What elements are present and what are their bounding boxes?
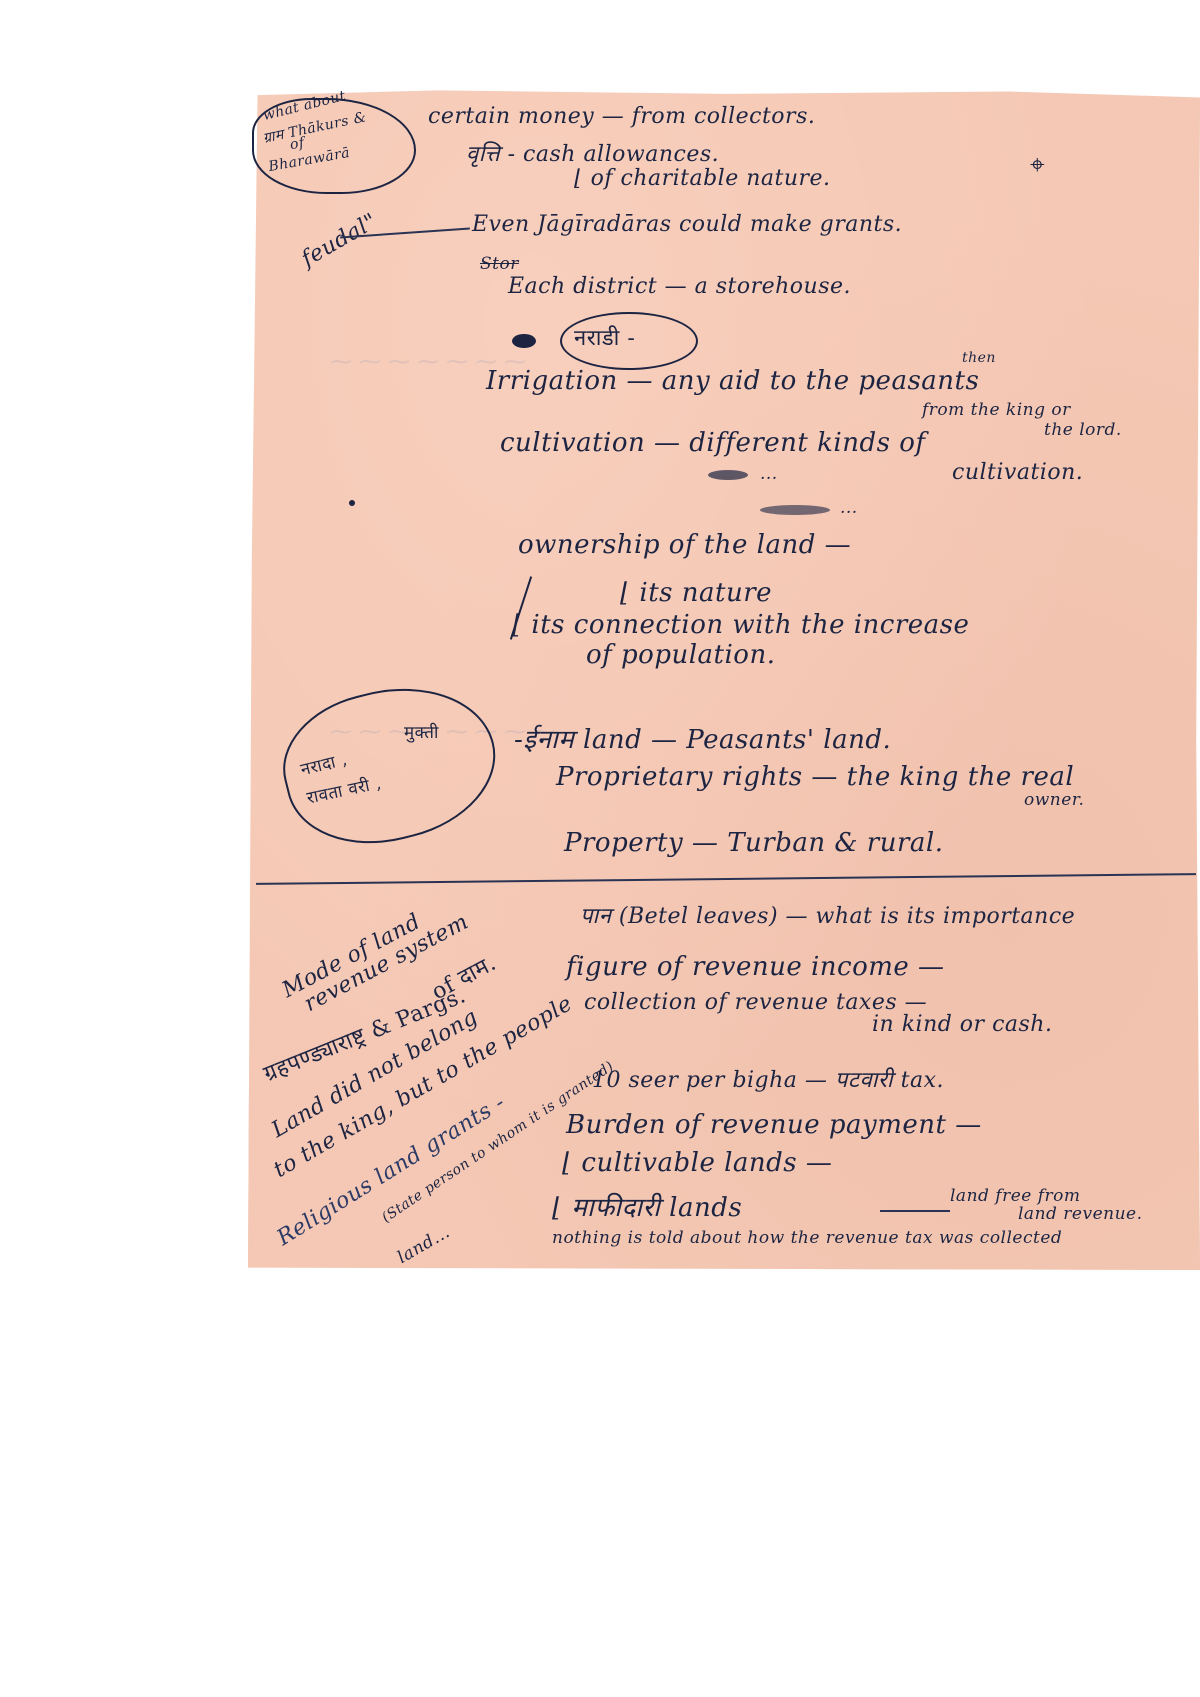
line-cultivation-2: cultivation. bbox=[952, 460, 1083, 485]
line-land-free: land free from bbox=[950, 1186, 1081, 1206]
line-cultivation: cultivation — different kinds of bbox=[500, 428, 925, 458]
line-proprietary: Proprietary rights — the king the real bbox=[556, 762, 1074, 792]
line-population: of population. bbox=[586, 640, 775, 670]
line-inam-land: -ईनाम land — Peasants' land. bbox=[514, 720, 891, 756]
line-nothing-told: nothing is told about how the revenue ta… bbox=[552, 1228, 1062, 1248]
line-cultivable-lands: ⌊ cultivable lands — bbox=[562, 1148, 832, 1178]
superscript-then: then bbox=[962, 350, 996, 366]
line-revenue-income: figure of revenue income — bbox=[566, 952, 945, 982]
line-property: Property — Turban & rural. bbox=[564, 828, 943, 858]
scribble bbox=[708, 470, 748, 480]
line-betel-leaves: पान (Betel leaves) — what is its importa… bbox=[580, 900, 1075, 930]
line-irrigation: Irrigation — any aid to the peasants bbox=[486, 366, 979, 396]
circled-devanagari: नराडी - bbox=[574, 322, 635, 352]
line-its-nature: ⌊ its nature bbox=[620, 578, 772, 608]
ink-dot bbox=[349, 500, 355, 506]
line-owner: owner. bbox=[1024, 790, 1084, 810]
ellipsis-1: ... bbox=[760, 464, 778, 484]
margin-note-mid-1: मुक्ती bbox=[404, 720, 439, 743]
line-mafidari-lands: ⌊ माफीदारी lands bbox=[552, 1188, 742, 1224]
line-jagiradaras: Even Jāgīradāras could make grants. bbox=[472, 212, 902, 237]
arrow-line bbox=[880, 1210, 950, 1212]
line-ownership: ownership of the land — bbox=[518, 530, 851, 560]
line-its-connection: ⌊ its connection with the increase bbox=[512, 610, 969, 640]
line-land-revenue: land revenue. bbox=[1018, 1204, 1143, 1224]
line-burden: Burden of revenue payment — bbox=[566, 1110, 982, 1140]
scribble bbox=[760, 505, 830, 515]
crossed-symbol-icon: ⌖ bbox=[1030, 150, 1045, 181]
line-charitable: ⌊ of charitable nature. bbox=[574, 166, 831, 191]
line-storehouse: Each district — a storehouse. bbox=[508, 274, 851, 299]
line-certain-money: certain money — from collectors. bbox=[428, 104, 815, 129]
line-from-king: from the king or bbox=[922, 400, 1071, 420]
ellipsis-2: ... bbox=[840, 498, 858, 518]
struck-word: Stor bbox=[480, 254, 519, 274]
ink-blot bbox=[512, 334, 536, 348]
line-kind-or-cash: in kind or cash. bbox=[872, 1012, 1052, 1037]
line-seer-per-bigha: 10 seer per bigha — पटवारी tax. bbox=[592, 1064, 944, 1094]
line-the-lord: the lord. bbox=[1044, 420, 1122, 440]
line-cash-allowances: वृत्ति - cash allowances. bbox=[466, 138, 719, 168]
margin-note-top-3: of bbox=[289, 135, 306, 153]
